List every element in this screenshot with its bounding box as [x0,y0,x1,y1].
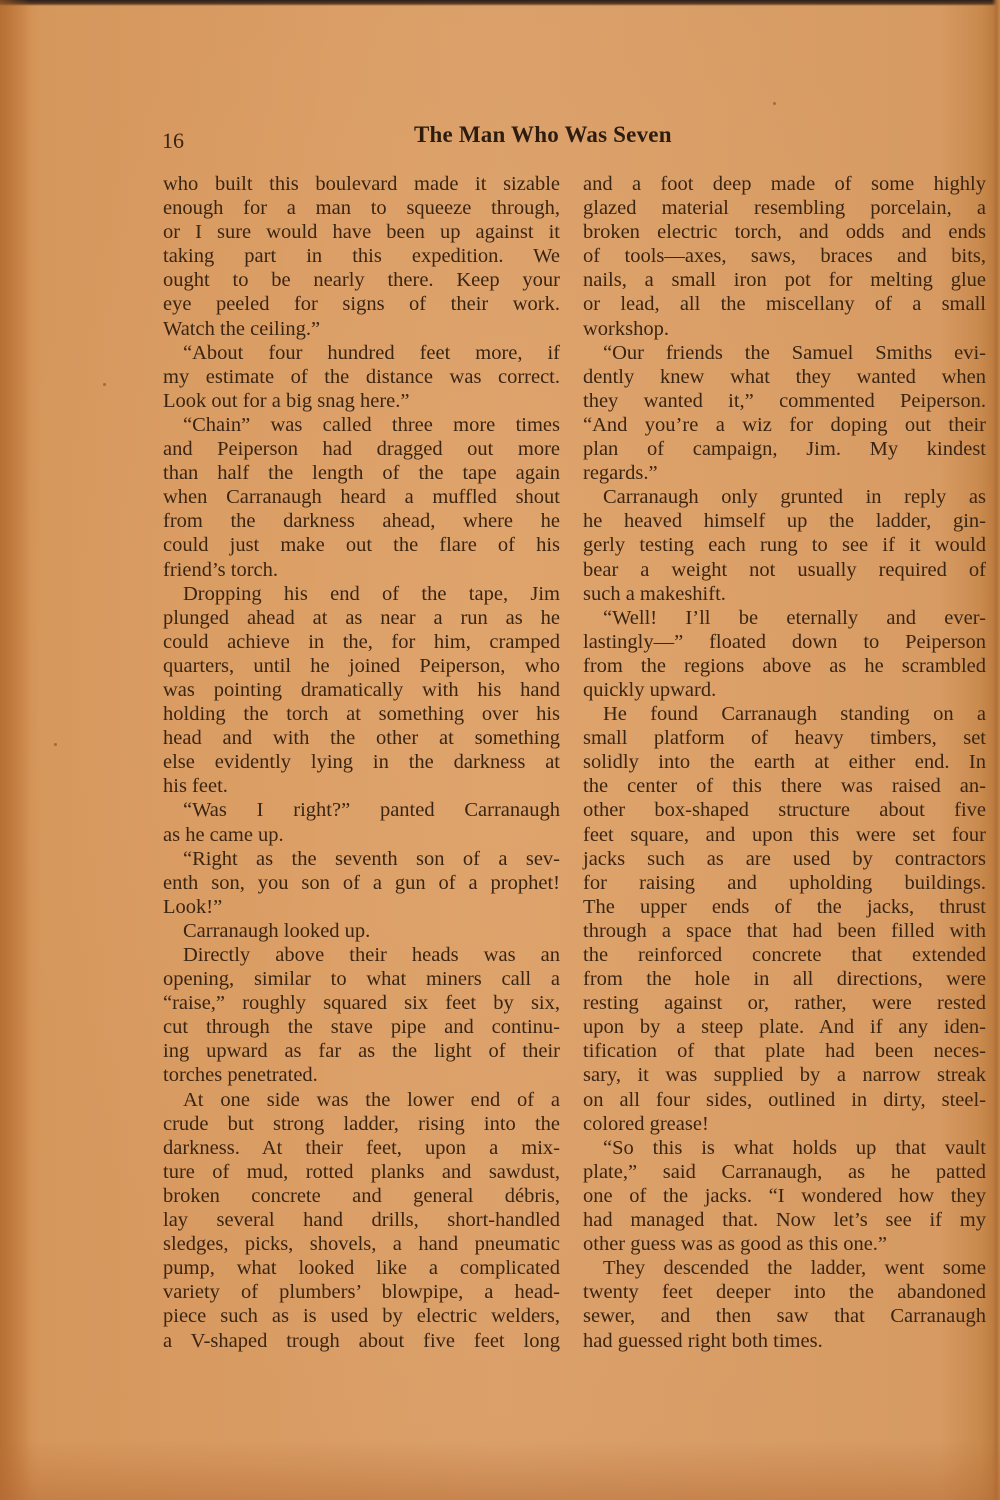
page-left-shade [0,0,30,1500]
text-line: from the regions above as he scrambled [583,654,986,678]
text-line: “So this is what holds up that vault [583,1136,986,1160]
text-line: twenty feet deeper into the abandoned [583,1280,986,1304]
page-number: 16 [162,128,184,154]
paragraph: “Chain” was called three more timesand P… [163,413,560,582]
text-line: glazed material resembling porcelain, a [583,196,986,220]
text-line: plan of campaign, Jim. My kindest [583,437,986,461]
paragraph: At one side was the lower end of acrude … [163,1088,560,1353]
text-line: “And you’re a wiz for doping out their [583,413,986,437]
text-line: sary, it was supplied by a narrow streak [583,1063,986,1087]
running-title: The Man Who Was Seven [414,122,672,148]
text-line: Dropping his end of the tape, Jim [163,582,560,606]
text-line: At one side was the lower end of a [163,1088,560,1112]
text-line: had managed that. Now let’s see if my [583,1208,986,1232]
text-line: sledges, picks, shovels, a hand pneumati… [163,1232,560,1256]
text-line: such a makeshift. [583,582,986,606]
text-line: and Peiperson had dragged out more [163,437,560,461]
text-line: torches penetrated. [163,1063,560,1087]
text-line: Directly above their heads was an [163,943,560,967]
paragraph: Directly above their heads was anopening… [163,943,560,1088]
text-line: regards.” [583,461,986,485]
text-line: crude but strong ladder, rising into the [163,1112,560,1136]
text-line: Carranaugh looked up. [163,919,560,943]
text-line: from the hole in all directions, were [583,967,986,991]
text-line: plunged ahead at as near a run as he [163,606,560,630]
text-line: variety of plumbers’ blowpipe, a head- [163,1280,560,1304]
text-line: other box-shaped structure about five [583,798,986,822]
text-line: the center of this there was raised an- [583,774,986,798]
paragraph: They descended the ladder, went sometwen… [583,1256,986,1352]
text-line: they wanted it,” commented Peiperson. [583,389,986,413]
text-line: ture of mud, rotted planks and sawdust, [163,1160,560,1184]
paragraph: “Was I right?” panted Carranaughas he ca… [163,798,560,846]
text-line: lay several hand drills, short-handled [163,1208,560,1232]
text-line: broken electric torch, and odds and ends [583,220,986,244]
text-line: ought to be nearly there. Keep your [163,268,560,292]
paragraph: who built this boulevard made it sizable… [163,172,560,341]
text-line: he heaved himself up the ladder, gin- [583,509,986,533]
text-line: The upper ends of the jacks, thrust [583,895,986,919]
text-line: darkness. At their feet, upon a mix- [163,1136,560,1160]
text-line: quickly upward. [583,678,986,702]
text-line: enth son, you son of a gun of a prophet! [163,871,560,895]
text-line: colored grease! [583,1112,986,1136]
text-line: resting against or, rather, were rested [583,991,986,1015]
text-line: for raising and upholding buildings. [583,871,986,895]
paragraph: “So this is what holds up that vaultplat… [583,1136,986,1256]
text-line: broken concrete and general débris, [163,1184,560,1208]
text-line: his feet. [163,774,560,798]
text-line: a V-shaped trough about five feet long [163,1329,560,1353]
right-column: and a foot deep made of some highlyglaze… [583,172,986,1353]
text-line: quarters, until he joined Peiperson, who [163,654,560,678]
text-line: eye peeled for signs of their work. [163,292,560,316]
text-line: holding the torch at something over his [163,702,560,726]
text-line: ing upward as far as the light of their [163,1039,560,1063]
text-line: through a space that had been filled wit… [583,919,986,943]
text-line: “Right as the seventh son of a sev- [163,847,560,871]
text-line: “raise,” roughly squared six feet by six… [163,991,560,1015]
text-line: Look out for a big snag here.” [163,389,560,413]
text-line: or I sure would have been up against it [163,220,560,244]
text-line: bear a weight not usually required of [583,558,986,582]
page-top-edge [0,0,1000,6]
text-line: cut through the stave pipe and continu- [163,1015,560,1039]
text-line: tification of that plate had been neces- [583,1039,986,1063]
paper-speck [54,743,57,746]
paragraph: “Right as the seventh son of a sev-enth … [163,847,560,919]
page-right-edge [992,0,1000,1500]
text-line: pump, what looked like a complicated [163,1256,560,1280]
text-line: from the darkness ahead, where he [163,509,560,533]
text-line: nails, a small iron pot for melting glue [583,268,986,292]
text-line: He found Carranaugh standing on a [583,702,986,726]
paragraph: Carranaugh only grunted in reply ashe he… [583,485,986,605]
text-line: They descended the ladder, went some [583,1256,986,1280]
text-line: jacks such as are used by contractors [583,847,986,871]
text-line: who built this boulevard made it sizable [163,172,560,196]
text-line: head and with the other at something [163,726,560,750]
text-line: workshop. [583,317,986,341]
text-line: “Chain” was called three more times [163,413,560,437]
text-line: plate,” said Carranaugh, as he patted [583,1160,986,1184]
text-line: as he came up. [163,823,560,847]
text-line: when Carranaugh heard a muffled shout [163,485,560,509]
running-head: 16 The Man Who Was Seven [162,122,982,156]
text-line: enough for a man to squeeze through, [163,196,560,220]
text-line: Watch the ceiling.” [163,317,560,341]
text-line: one of the jacks. “I wondered how they [583,1184,986,1208]
paragraph: and a foot deep made of some highlyglaze… [583,172,986,341]
paragraph: Dropping his end of the tape, Jimplunged… [163,582,560,799]
text-line: was pointing dramatically with his hand [163,678,560,702]
text-line: other guess was as good as this one.” [583,1232,986,1256]
text-line: on all four sides, outlined in dirty, st… [583,1088,986,1112]
text-line: taking part in this expedition. We [163,244,560,268]
text-line: than half the length of the tape again [163,461,560,485]
text-line: solidly into the earth at either end. In [583,750,986,774]
text-line: lastingly—” floated down to Peiperson [583,630,986,654]
text-line: “Was I right?” panted Carranaugh [163,798,560,822]
text-line: piece such as is used by electric welder… [163,1304,560,1328]
text-line: upon by a steep plate. And if any iden- [583,1015,986,1039]
paper-speck [773,102,776,105]
text-line: had guessed right both times. [583,1329,986,1353]
text-line: opening, similar to what miners call a [163,967,560,991]
text-line: feet square, and upon this were set four [583,823,986,847]
text-line: small platform of heavy timbers, set [583,726,986,750]
paragraph: “Our friends the Samuel Smiths evi-dentl… [583,341,986,486]
text-line: of tools—axes, saws, braces and bits, [583,244,986,268]
paragraph: He found Carranaugh standing on asmall p… [583,702,986,1136]
text-line: else evidently lying in the darkness at [163,750,560,774]
text-line: “About four hundred feet more, if [163,341,560,365]
text-line: “Our friends the Samuel Smiths evi- [583,341,986,365]
page-bottom-shade [0,1440,1000,1500]
text-line: or lead, all the miscellany of a small [583,292,986,316]
text-line: the reinforced concrete that extended [583,943,986,967]
paragraph: Carranaugh looked up. [163,919,560,943]
text-line: friend’s torch. [163,558,560,582]
text-line: and a foot deep made of some highly [583,172,986,196]
text-line: “Well! I’ll be eternally and ever- [583,606,986,630]
text-line: sewer, and then saw that Carranaugh [583,1304,986,1328]
paper-speck [103,383,106,386]
text-line: Look!” [163,895,560,919]
text-line: could just make out the flare of his [163,533,560,557]
text-line: dently knew what they wanted when [583,365,986,389]
text-line: could achieve in the, for him, cramped [163,630,560,654]
text-line: my estimate of the distance was correct. [163,365,560,389]
text-line: Carranaugh only grunted in reply as [583,485,986,509]
text-line: gerly testing each rung to see if it wou… [583,533,986,557]
paragraph: “About four hundred feet more, ifmy esti… [163,341,560,413]
paragraph: “Well! I’ll be eternally and ever-lastin… [583,606,986,702]
left-column: who built this boulevard made it sizable… [163,172,560,1353]
